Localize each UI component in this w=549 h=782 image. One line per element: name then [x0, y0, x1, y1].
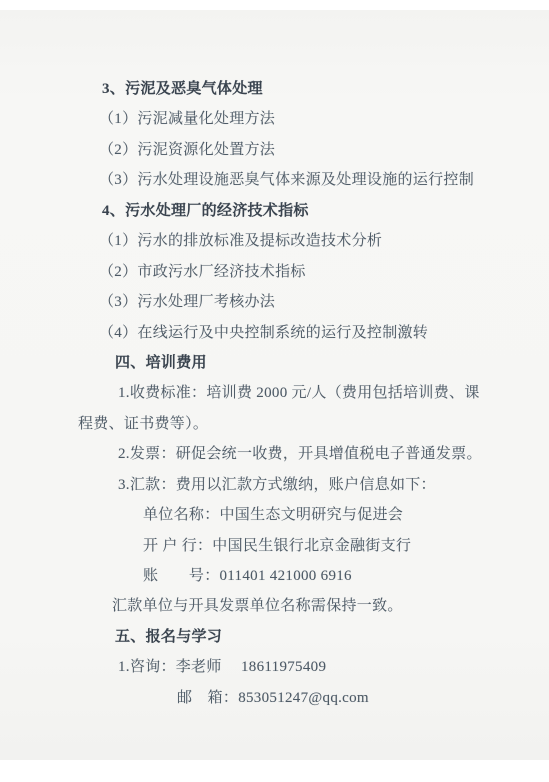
outline-item-4-2: （2）市政污水厂经济技术指标 — [99, 257, 470, 287]
section-heading-fees: 四、培训费用 — [115, 348, 470, 378]
fee-standard-line-1: 1.收费标准：培训费 2000 元/人（费用包括培训费、课 — [118, 378, 470, 408]
outline-heading-4: 4、污水处理厂的经济技术指标 — [102, 196, 470, 226]
remittance-line: 3.汇款：费用以汇款方式缴纳，账户信息如下： — [118, 470, 470, 500]
contact-email-line: 邮 箱：853051247@qq.com — [177, 683, 470, 713]
document-content: 3、污泥及恶臭气体处理 （1）污泥减量化处理方法 （2）污泥资源化处置方法 （3… — [0, 10, 549, 713]
contact-phone-line: 1.咨询：李老师 18611975409 — [118, 652, 470, 682]
outline-item-3-3: （3）污水处理设施恶臭气体来源及处理设施的运行控制 — [99, 165, 470, 195]
outline-heading-3: 3、污泥及恶臭气体处理 — [102, 74, 470, 104]
outline-item-4-1: （1）污水的排放标准及提标改造技术分析 — [99, 226, 470, 256]
bank-account-name: 单位名称：中国生态文明研究与促进会 — [143, 500, 470, 530]
outline-item-3-1: （1）污泥减量化处理方法 — [99, 104, 470, 134]
bank-branch: 开 户 行：中国民生银行北京金融街支行 — [143, 531, 470, 561]
invoice-line: 2.发票：研促会统一收费，开具增值税电子普通发票。 — [118, 439, 470, 469]
outline-item-4-3: （3）污水处理厂考核办法 — [99, 287, 470, 317]
remittance-note: 汇款单位与开具发票单位名称需保持一致。 — [112, 591, 470, 621]
outline-item-4-4: （4）在线运行及中央控制系统的运行及控制激转 — [99, 318, 470, 348]
outline-item-3-2: （2）污泥资源化处置方法 — [99, 135, 470, 165]
bank-account-number: 账 号：011401 421000 6916 — [143, 561, 470, 591]
section-heading-register: 五、报名与学习 — [115, 622, 470, 652]
fee-standard-line-2: 程费、证书费等）。 — [78, 409, 470, 439]
document-page: 3、污泥及恶臭气体处理 （1）污泥减量化处理方法 （2）污泥资源化处置方法 （3… — [0, 10, 549, 760]
